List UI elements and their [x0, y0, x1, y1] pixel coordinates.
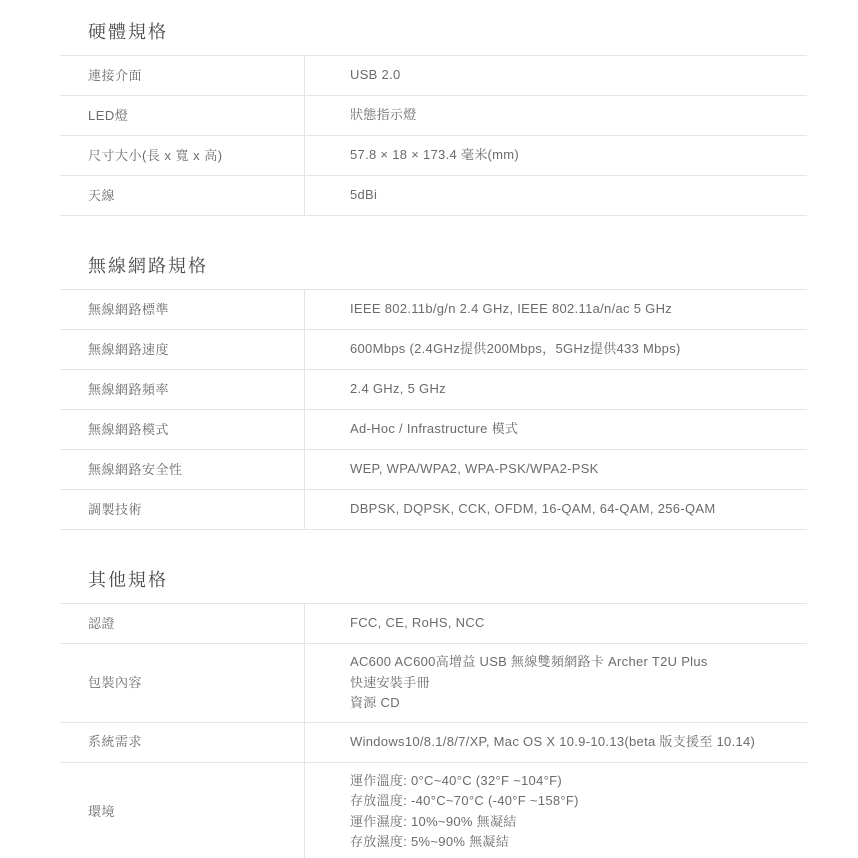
section-title: 無線網路規格 [88, 256, 807, 276]
spec-value-line: 運作溫度: 0°C~40°C (32°F ~104°F) [350, 771, 797, 792]
spec-value-line: 快速安裝手冊 [350, 673, 797, 694]
spec-label: 無線網路速度 [60, 330, 305, 369]
spec-label: 環境 [60, 763, 305, 858]
spec-table: 認證FCC, CE, RoHS, NCC包裝內容AC600 AC600高增益 U… [60, 603, 807, 858]
table-row: 無線網路標準IEEE 802.11b/g/n 2.4 GHz, IEEE 802… [60, 290, 807, 330]
spec-label: 無線網路安全性 [60, 450, 305, 489]
spec-value-line: 600Mbps (2.4GHz提供200Mbps，5GHz提供433 Mbps) [350, 339, 797, 360]
table-row: 天線5dBi [60, 176, 807, 216]
spec-value: Ad-Hoc / Infrastructure 模式 [305, 410, 807, 449]
spec-page: 硬體規格 連接介面USB 2.0LED燈狀態指示燈尺寸大小(長 x 寬 x 高)… [60, 0, 807, 858]
spec-label: 無線網路標準 [60, 290, 305, 329]
section-hardware-specs: 硬體規格 連接介面USB 2.0LED燈狀態指示燈尺寸大小(長 x 寬 x 高)… [60, 22, 807, 216]
spec-table: 無線網路標準IEEE 802.11b/g/n 2.4 GHz, IEEE 802… [60, 289, 807, 530]
spec-value: 600Mbps (2.4GHz提供200Mbps，5GHz提供433 Mbps) [305, 330, 807, 369]
section-title: 硬體規格 [88, 22, 807, 42]
spec-value-line: FCC, CE, RoHS, NCC [350, 613, 797, 634]
spec-value: 5dBi [305, 176, 807, 215]
spec-value-line: 57.8 × 18 × 173.4 毫米(mm) [350, 145, 797, 166]
spec-value-line: AC600 AC600高增益 USB 無線雙頻網路卡 Archer T2U Pl… [350, 652, 797, 673]
spec-value: Windows10/8.1/8/7/XP, Mac OS X 10.9-10.1… [305, 723, 807, 762]
spec-label: 尺寸大小(長 x 寬 x 高) [60, 136, 305, 175]
spec-value-line: 狀態指示燈 [350, 105, 797, 126]
spec-label: 天線 [60, 176, 305, 215]
spec-value-line: 資源 CD [350, 693, 797, 714]
table-row: 無線網路安全性WEP, WPA/WPA2, WPA-PSK/WPA2-PSK [60, 450, 807, 490]
spec-value-line: IEEE 802.11b/g/n 2.4 GHz, IEEE 802.11a/n… [350, 299, 797, 320]
table-row: LED燈狀態指示燈 [60, 96, 807, 136]
table-row: 無線網路頻率2.4 GHz, 5 GHz [60, 370, 807, 410]
table-row: 包裝內容AC600 AC600高增益 USB 無線雙頻網路卡 Archer T2… [60, 644, 807, 723]
spec-value: 57.8 × 18 × 173.4 毫米(mm) [305, 136, 807, 175]
section-title: 其他規格 [88, 570, 807, 590]
spec-label: LED燈 [60, 96, 305, 135]
spec-value: 狀態指示燈 [305, 96, 807, 135]
table-row: 系統需求Windows10/8.1/8/7/XP, Mac OS X 10.9-… [60, 723, 807, 763]
spec-value-line: 存放溫度: -40°C~70°C (-40°F ~158°F) [350, 791, 797, 812]
spec-label: 系統需求 [60, 723, 305, 762]
table-row: 無線網路模式Ad-Hoc / Infrastructure 模式 [60, 410, 807, 450]
spec-value-line: USB 2.0 [350, 65, 797, 86]
section-wireless-specs: 無線網路規格 無線網路標準IEEE 802.11b/g/n 2.4 GHz, I… [60, 256, 807, 530]
spec-table: 連接介面USB 2.0LED燈狀態指示燈尺寸大小(長 x 寬 x 高)57.8 … [60, 55, 807, 216]
spec-value: 2.4 GHz, 5 GHz [305, 370, 807, 409]
spec-value-line: 運作濕度: 10%~90% 無凝結 [350, 812, 797, 833]
spec-value: FCC, CE, RoHS, NCC [305, 604, 807, 643]
table-row: 認證FCC, CE, RoHS, NCC [60, 604, 807, 644]
spec-value: USB 2.0 [305, 56, 807, 95]
table-row: 無線網路速度600Mbps (2.4GHz提供200Mbps，5GHz提供433… [60, 330, 807, 370]
spec-value: AC600 AC600高增益 USB 無線雙頻網路卡 Archer T2U Pl… [305, 644, 807, 722]
spec-label: 無線網路模式 [60, 410, 305, 449]
spec-value-line: 2.4 GHz, 5 GHz [350, 379, 797, 400]
spec-value-line: WEP, WPA/WPA2, WPA-PSK/WPA2-PSK [350, 459, 797, 480]
section-other-specs: 其他規格 認證FCC, CE, RoHS, NCC包裝內容AC600 AC600… [60, 570, 807, 858]
table-row: 尺寸大小(長 x 寬 x 高)57.8 × 18 × 173.4 毫米(mm) [60, 136, 807, 176]
spec-value: IEEE 802.11b/g/n 2.4 GHz, IEEE 802.11a/n… [305, 290, 807, 329]
spec-label: 認證 [60, 604, 305, 643]
spec-label: 包裝內容 [60, 644, 305, 722]
spec-value-line: 存放濕度: 5%~90% 無凝結 [350, 832, 797, 853]
spec-value-line: Windows10/8.1/8/7/XP, Mac OS X 10.9-10.1… [350, 732, 797, 753]
spec-value: WEP, WPA/WPA2, WPA-PSK/WPA2-PSK [305, 450, 807, 489]
spec-value-line: Ad-Hoc / Infrastructure 模式 [350, 419, 797, 440]
table-row: 連接介面USB 2.0 [60, 56, 807, 96]
spec-label: 連接介面 [60, 56, 305, 95]
spec-value-line: 5dBi [350, 185, 797, 206]
table-row: 調製技術DBPSK, DQPSK, CCK, OFDM, 16-QAM, 64-… [60, 490, 807, 530]
spec-value: DBPSK, DQPSK, CCK, OFDM, 16-QAM, 64-QAM,… [305, 490, 807, 529]
spec-value: 運作溫度: 0°C~40°C (32°F ~104°F)存放溫度: -40°C~… [305, 763, 807, 858]
spec-label: 調製技術 [60, 490, 305, 529]
spec-value-line: DBPSK, DQPSK, CCK, OFDM, 16-QAM, 64-QAM,… [350, 499, 797, 520]
spec-label: 無線網路頻率 [60, 370, 305, 409]
table-row: 環境運作溫度: 0°C~40°C (32°F ~104°F)存放溫度: -40°… [60, 763, 807, 858]
